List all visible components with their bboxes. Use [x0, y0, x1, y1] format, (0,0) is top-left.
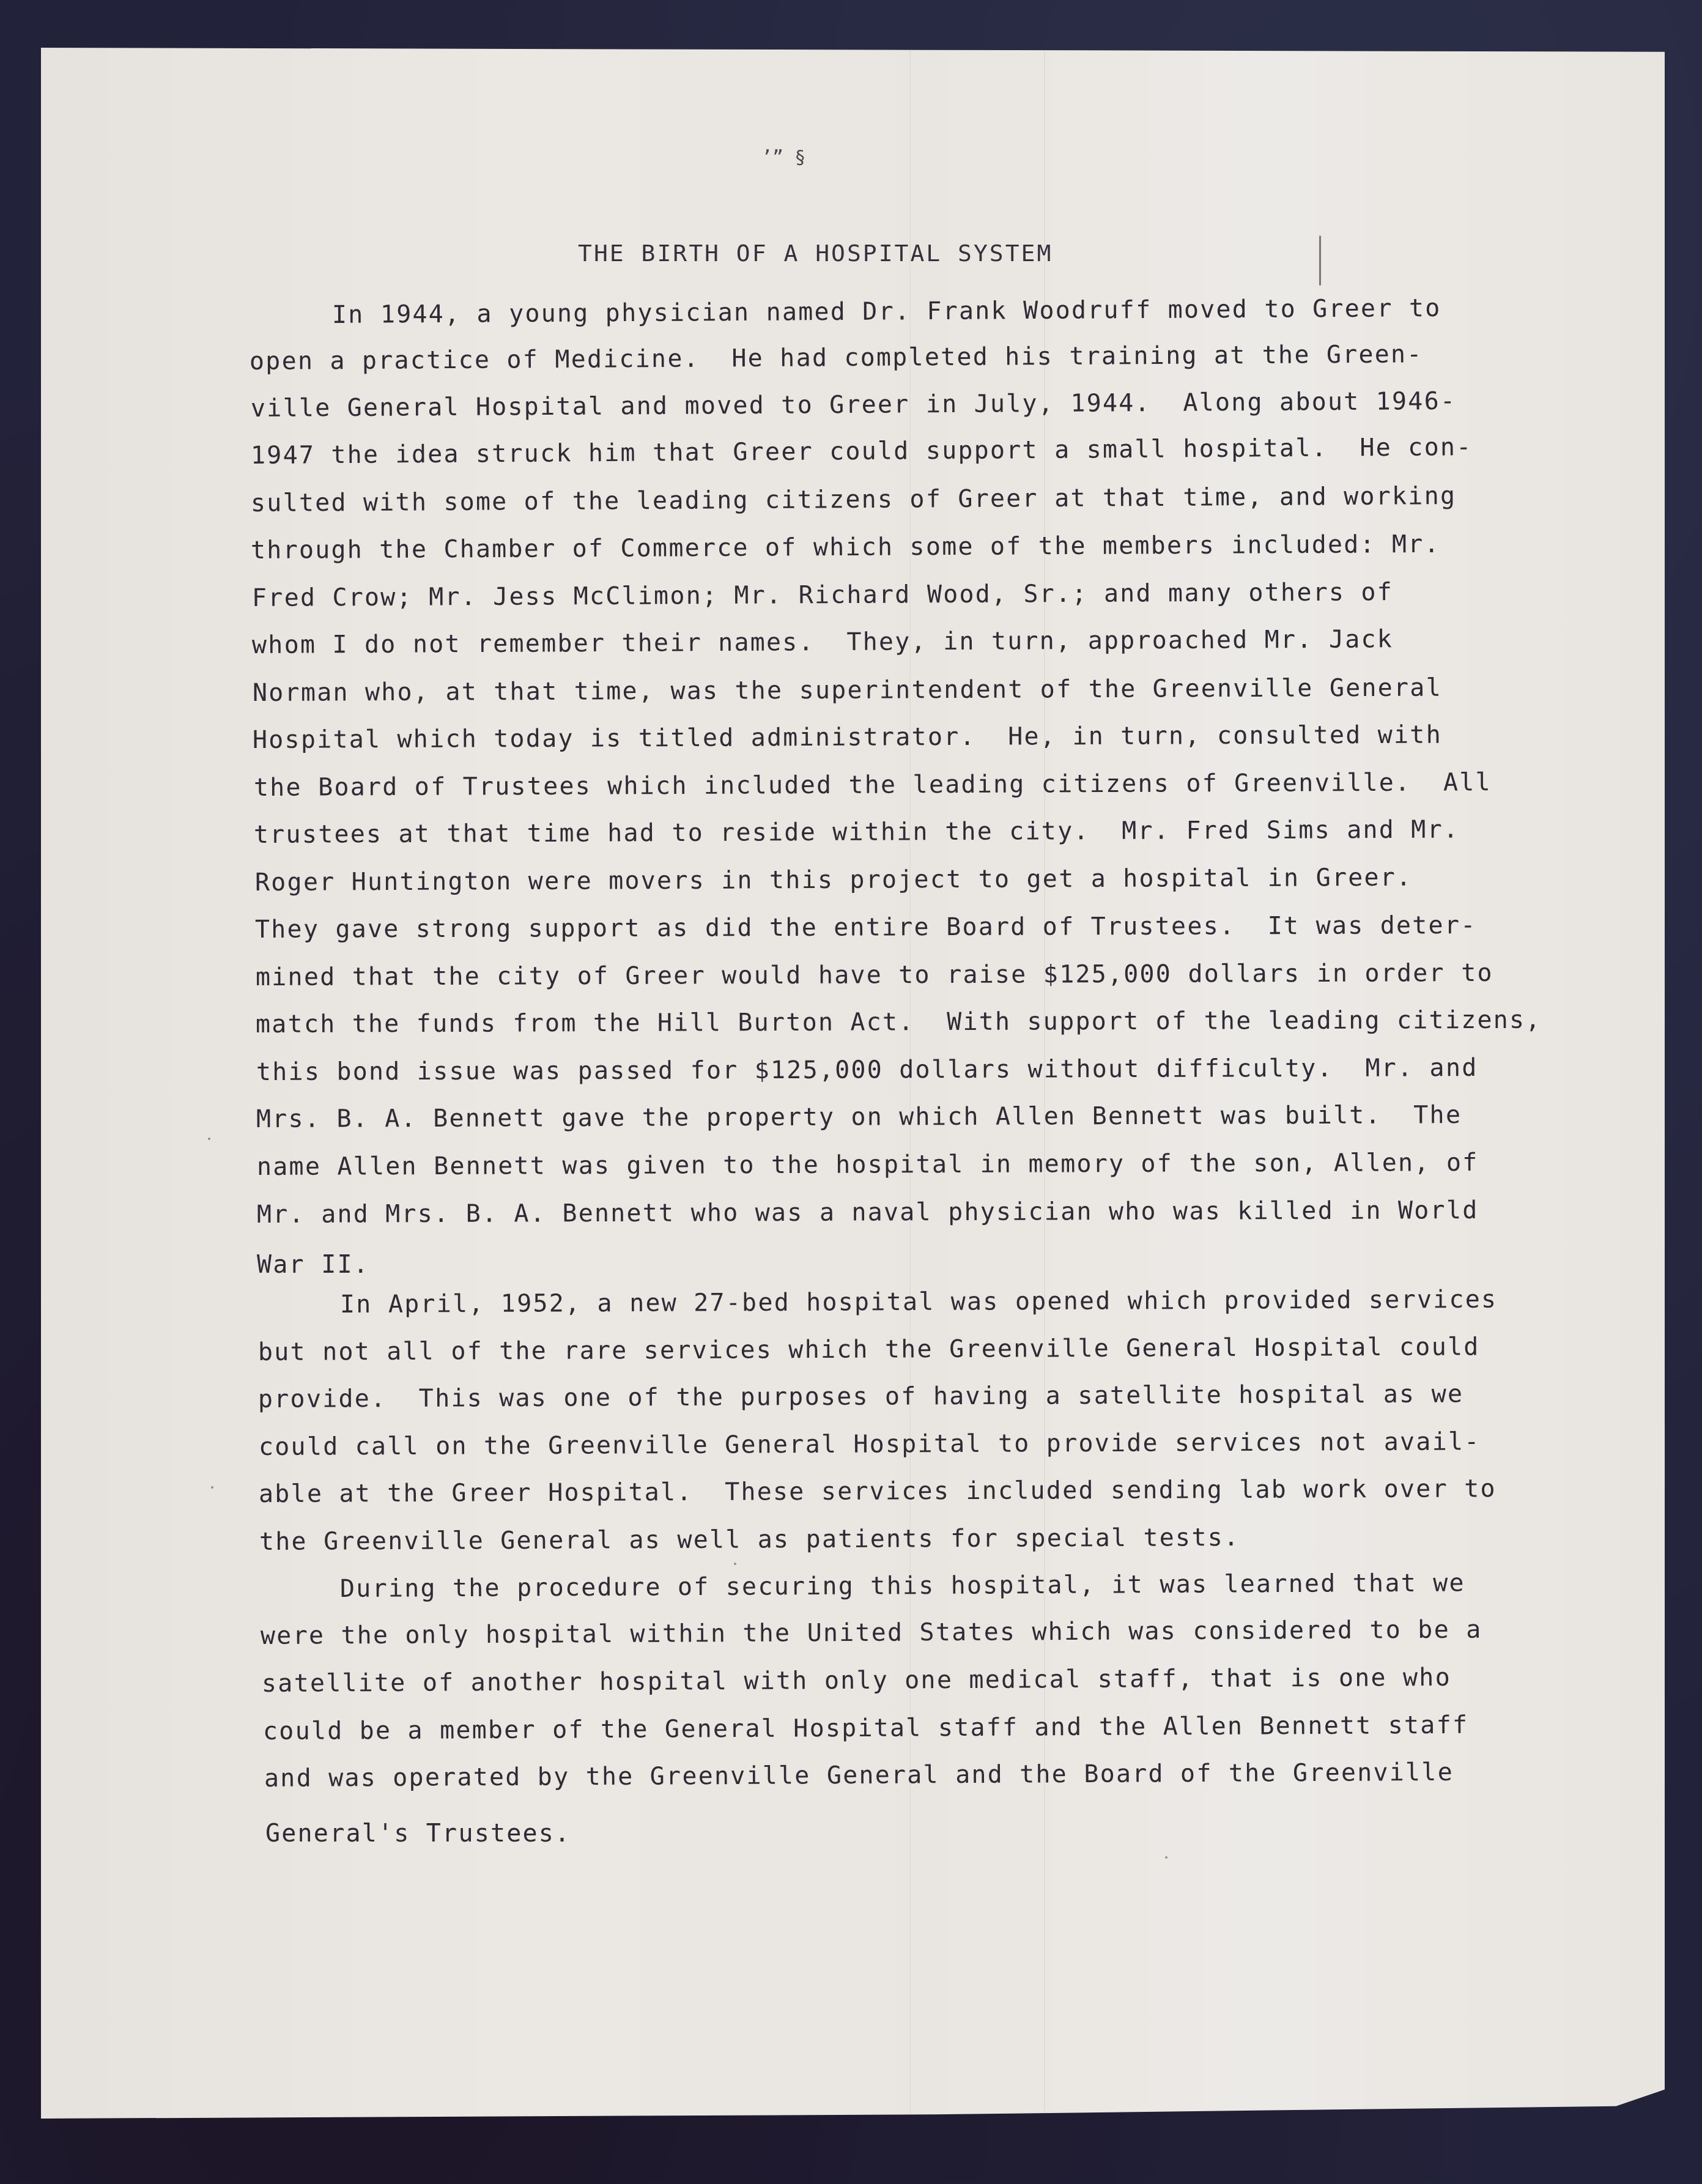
paragraph-line: whom I do not remember their names. They…	[252, 625, 1393, 659]
paragraph-line: Mr. and Mrs. B. A. Bennett who was a nav…	[257, 1196, 1479, 1229]
paper-speck	[208, 1138, 210, 1140]
paragraph-line: They gave strong support as did the enti…	[255, 911, 1477, 944]
paragraph-line: could call on the Greenville General Hos…	[259, 1427, 1481, 1461]
paper-speck	[734, 1563, 736, 1565]
margin-pencil-mark	[1319, 235, 1321, 286]
paragraph-line: mined that the city of Greer would have …	[256, 959, 1493, 991]
paragraph-first-line: During the procedure of securing this ho…	[340, 1569, 1465, 1603]
paragraph-line: Norman who, at that time, was the superi…	[253, 674, 1442, 707]
paper-speck	[211, 1486, 213, 1489]
paragraph-line: the Greenville General as well as patien…	[259, 1523, 1240, 1556]
paragraph-line: War II.	[257, 1251, 369, 1279]
paragraph-line: but not all of the rare services which t…	[258, 1333, 1480, 1366]
paragraph-line: able at the Greer Hospital. These servic…	[259, 1475, 1497, 1508]
paragraph-line: Fred Crow; Mr. Jess McClimon; Mr. Richar…	[252, 578, 1393, 612]
paragraph-line: the Board of Trustees which included the…	[254, 768, 1492, 802]
paragraph-line: Mrs. B. A. Bennett gave the property on …	[256, 1101, 1462, 1133]
paragraph-line: match the funds from the Hill Burton Act…	[256, 1006, 1542, 1038]
document-title: THE BIRTH OF A HOSPITAL SYSTEM	[578, 240, 1053, 267]
paragraph-line: provide. This was one of the purposes of…	[258, 1380, 1463, 1413]
paragraph-line: this bond issue was passed for $125,000 …	[256, 1054, 1478, 1086]
paragraph-line: General's Trustees.	[265, 1819, 571, 1848]
paragraph-line: trustees at that time had to reside with…	[254, 815, 1459, 849]
paragraph-line: name Allen Bennett was given to the hosp…	[257, 1149, 1479, 1181]
paragraph-line: Roger Huntington were movers in this pro…	[255, 864, 1412, 897]
paragraph-line: Hospital which today is titled administr…	[253, 721, 1442, 754]
header-stray-marks: ’” §	[761, 147, 805, 168]
paragraph-first-line: In April, 1952, a new 27-bed hospital wa…	[340, 1286, 1497, 1319]
paper-speck	[1165, 1856, 1167, 1859]
